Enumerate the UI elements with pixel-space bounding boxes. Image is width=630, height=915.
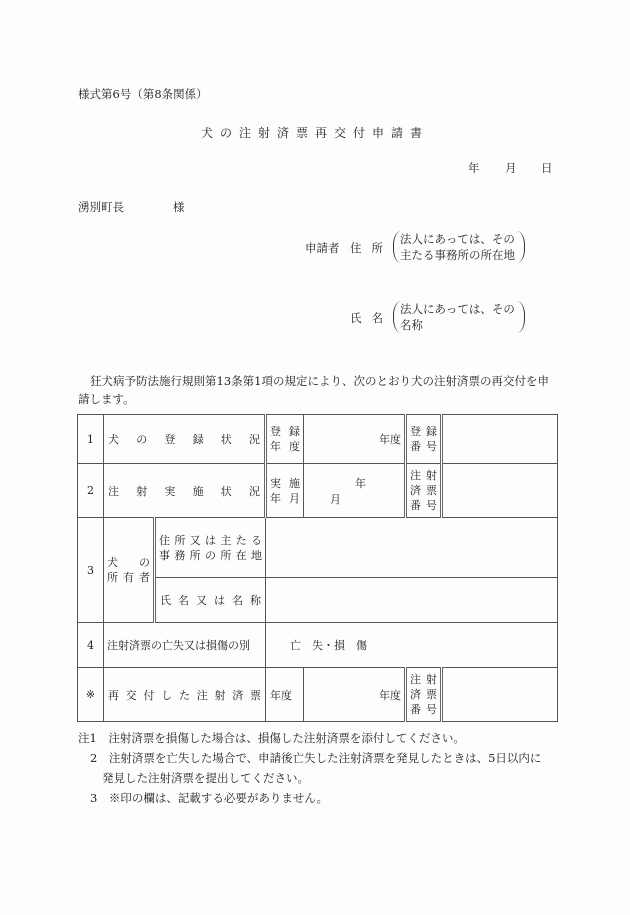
label-line: 番 号 [410,439,437,454]
label-line: 年 度 [270,439,300,454]
injection-date-label: 実 施 年 月 [266,464,304,518]
note-2-continued: 発見した注射済票を提出してください。 [78,768,541,788]
notes: 注1 注射済票を損傷した場合は、損傷した注射済票を添付してください。 2 注射済… [78,728,541,808]
reissued-tag-number-field[interactable] [442,668,558,722]
table-row-reissued-tag: ※ 再交付した注射済票 年度 年度 注 射 済 票 番 号 [78,668,558,722]
registration-number-label: 登 録 番 号 [406,415,442,464]
note-3: 3 ※印の欄は、記載する必要がありません。 [78,788,541,808]
injection-date-field[interactable]: 年 月 [304,464,406,518]
label-line: 年 月 [270,491,300,506]
owner-label: 犬 の 所有者 [104,518,155,623]
reissued-year-field[interactable]: 年度 [304,668,406,722]
table-row-loss-damage: 4 注射済票の亡失又は損傷の別 亡 失・損 傷 [78,623,558,668]
note-2: 2 注射済票を亡失した場合で、申請後亡失した注射済票を発見したときは、5日以内に [78,748,541,768]
applicant-label: 申請者 [305,240,340,256]
reissued-tag-number-label: 注 射 済 票 番 号 [406,668,442,722]
applicant-address-label: 住所 [350,240,393,256]
table-row-registration: 1 犬の登録状況 登 録 年 度 年度 登 録 番 号 [78,415,558,464]
address-note-line2: 主たる事務所の所在地 [400,247,518,263]
form-number: 様式第6号（第8条関係） [78,86,208,102]
row-marker: ※ [78,668,104,722]
owner-name-field[interactable] [266,578,558,623]
date-year[interactable]: 年 [468,160,480,176]
loss-or-damage-choice[interactable]: 亡 失・損 傷 [266,623,558,668]
table-row-injection: 2 注射実施状況 実 施 年 月 年 月 注 射 済 票 番 号 [78,464,558,518]
name-bracket-note: 法人にあっては、その 名称 [393,301,525,333]
row-number: 2 [78,464,104,518]
month-unit: 月 [306,491,341,507]
row-label: 犬の登録状況 [104,415,266,464]
owner-address-label: 住所又は主たる 事務所の所在地 [155,518,266,578]
label-line: 住所又は主たる [159,533,262,548]
row-number: 4 [78,623,104,668]
addressee: 湧別町長 [78,199,124,215]
label-line: 登 録 [410,424,437,439]
row-label: 注射済票の亡失又は損傷の別 [104,623,266,668]
label-line: 事務所の所在地 [159,548,262,563]
name-note-line1: 法人にあっては、その [400,301,518,317]
application-statement: 狂犬病予防法施行規則第13条第1項の規定により、次のとおり犬の注射済票の再交付を… [78,372,558,408]
date-month[interactable]: 月 [505,160,517,176]
label-line: 所有者 [107,570,150,585]
row-number: 3 [78,518,104,623]
tag-number-label: 注 射 済 票 番 号 [406,464,442,518]
registration-year-field[interactable]: 年度 [304,415,406,464]
label-line: 犬 の [107,555,150,570]
row-label: 注射実施状況 [104,464,266,518]
address-bracket-note: 法人にあっては、その 主たる事務所の所在地 [393,231,525,263]
document-title: 犬の注射済票再交付申請書 [0,124,630,141]
registration-number-field[interactable] [442,415,558,464]
tag-number-field[interactable] [442,464,558,518]
row-label: 再交付した注射済票 [104,668,266,722]
label-line: 実 施 [270,476,300,491]
application-table: 1 犬の登録状況 登 録 年 度 年度 登 録 番 号 2 注射実施状況 実 施… [77,414,558,722]
date-day[interactable]: 日 [541,160,553,176]
row-number: 1 [78,415,104,464]
address-note-line1: 法人にあっては、その [400,231,518,247]
label-line: 番 号 [410,702,437,717]
label-line: 済 票 [410,483,437,498]
label-line: 注 射 [410,672,437,687]
name-note-line2: 名称 [400,317,518,333]
owner-name-label: 氏名又は名称 [155,578,266,623]
label-line: 注 射 [410,468,437,483]
owner-address-field[interactable] [266,518,558,578]
label-line: 番 号 [410,498,437,513]
registration-year-label: 登 録 年 度 [266,415,304,464]
label-line: 登 録 [270,424,300,439]
applicant-name-label: 氏名 [350,310,393,326]
honorific: 様 [173,199,185,215]
note-1: 注1 注射済票を損傷した場合は、損傷した注射済票を添付してください。 [78,728,541,748]
label-line: 済 票 [410,687,437,702]
year-unit: 年 [306,475,366,491]
table-row-owner-address: 3 犬 の 所有者 住所又は主たる 事務所の所在地 [78,518,558,578]
reissued-year-label: 年度 [266,668,304,722]
